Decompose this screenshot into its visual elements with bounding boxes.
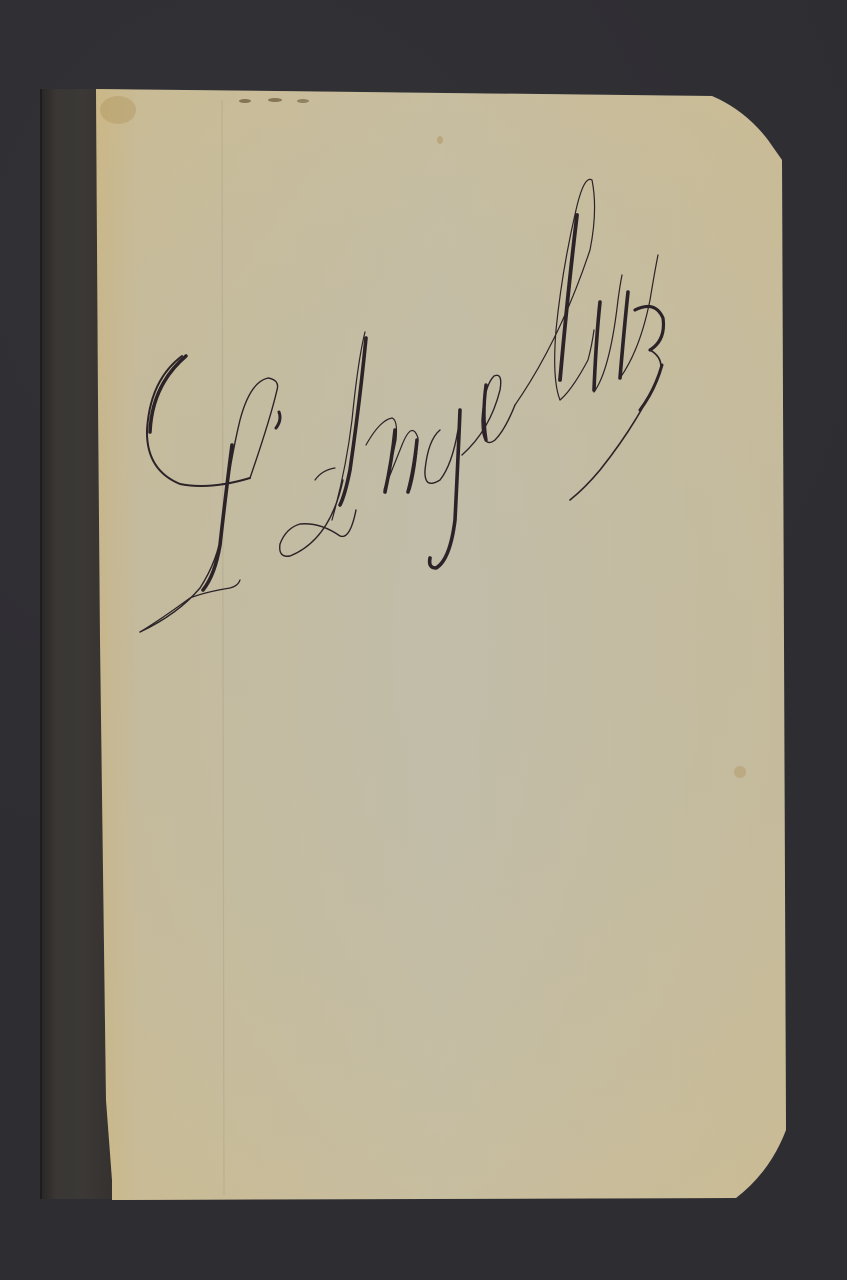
notebook-cover: L'Angelus [0,0,847,1280]
cover-paper [0,0,847,1280]
